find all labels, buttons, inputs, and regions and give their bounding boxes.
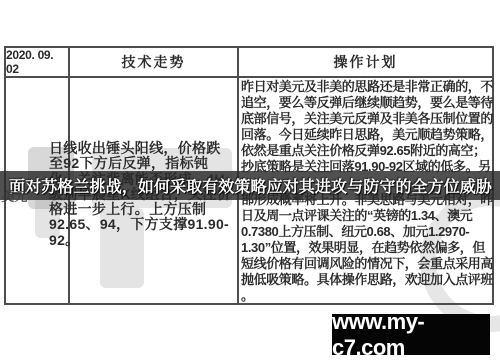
plan-text-line: 底部信号，关注美元反弹及非美各压制位置的 xyxy=(241,111,496,127)
page: 2020. 09. 02 技术走势 操作计划 日线收出锤头阳线，价格跌至92下方… xyxy=(0,0,500,362)
plan-text-line: 抛低吸策略。具体操作思路，欢迎加入点评班 xyxy=(241,272,496,288)
site-watermark-box: www.my-c7.com xyxy=(332,314,490,355)
headline-banner: 面对苏格兰挑战，如何采取有效策略应对其进攻与防守的全方位威胁 xyxy=(0,171,500,200)
technical-text-line: 至92下方后反弹，指标钝 xyxy=(49,156,239,171)
plan-text-line: 追空，要么等反弹后继续顺趋势，要么是等待 xyxy=(241,95,496,111)
currency-label: 美元 xyxy=(1,186,29,205)
technical-text-line: 格进一步上行。上方压制 xyxy=(49,202,239,217)
technical-text-line: 92。 xyxy=(49,233,239,248)
plan-text-line: 回落。今日延续昨日思路，美元顺趋势策略， xyxy=(241,127,496,143)
plan-text-line: 昨日对美元及非美的思路还是非常正确的，不 xyxy=(241,79,496,95)
table-header-divider xyxy=(6,76,492,78)
plan-text-line: 1.30”位置，效果明显，在趋势依然偏多，但 xyxy=(241,240,496,256)
technical-text-line: 日线收出锤头阳线，价格跌 xyxy=(49,141,239,156)
header-operation-plan: 操作计划 xyxy=(239,48,492,76)
header-date: 2020. 09. 02 xyxy=(6,48,68,76)
plan-text-line: 。 xyxy=(241,288,496,304)
plan-text-line: 0.7380上方压制、纽元0.68、加元1.2970- xyxy=(241,224,496,240)
site-watermark-text: www.my-c7.com xyxy=(332,309,490,361)
technical-text-line: 92.65、94，下方支撑91.90- xyxy=(49,217,239,232)
plan-text-line: 日及周一点评课关注的“英镑的1.34、澳元 xyxy=(241,208,496,224)
plan-text-line: 短线价格有回调风险的情况下，会重点采用高 xyxy=(241,256,496,272)
plan-text-line: 依然是重点关注价格反弹92.65附近的高空； xyxy=(241,143,496,159)
header-technical-trend: 技术走势 xyxy=(70,48,237,76)
headline-text: 面对苏格兰挑战，如何采取有效策略应对其进攻与防守的全方位威胁 xyxy=(9,174,492,197)
